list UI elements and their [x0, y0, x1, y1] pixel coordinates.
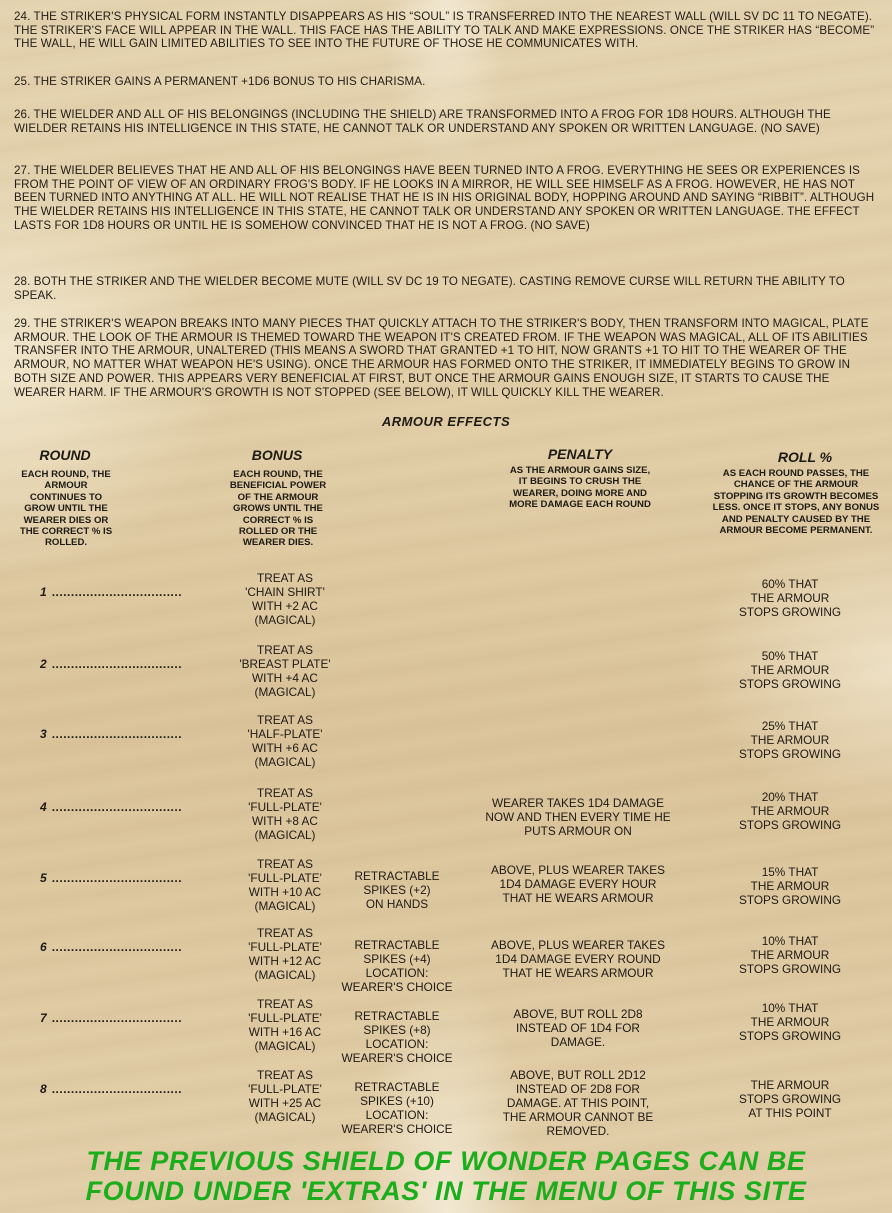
leader-dots: ..................................	[52, 1011, 182, 1025]
bonus-cell: Treat as 'Full-Plate' with +8 AC (magica…	[230, 786, 340, 842]
parchment-page: 24. The Striker's physical form instantl…	[0, 0, 892, 1213]
footer-note: The previous Shield of Wonder pages can …	[0, 1146, 892, 1206]
round-label: 2..................................	[40, 657, 238, 671]
leader-dots: ..................................	[52, 727, 182, 741]
column-head-penalty: Penalty	[510, 446, 650, 462]
column-desc-round: Each round, the armour continues to grow…	[16, 469, 116, 549]
round-number: 7	[40, 1011, 47, 1025]
round-label: 4..................................	[40, 800, 238, 814]
effect-25: 25. The Striker gains a permanent +1d6 b…	[14, 75, 880, 89]
bonus-cell: Treat as 'Full-Plate' with +16 AC (magic…	[230, 997, 340, 1053]
spikes-cell: Retractable spikes (+8) location: wearer…	[336, 1009, 458, 1065]
leader-dots: ..................................	[52, 585, 182, 599]
leader-dots: ..................................	[52, 871, 182, 885]
roll-cell: The armour stops growing at this point	[730, 1078, 850, 1120]
penalty-cell: Above, plus wearer takes 1d4 damage ever…	[478, 938, 678, 980]
column-desc-penalty: As the armour gains size, it begins to c…	[505, 465, 655, 511]
effect-28: 28. Both the Striker and the wielder bec…	[14, 275, 880, 303]
effect-24: 24. The Striker's physical form instantl…	[14, 10, 880, 52]
round-number: 6	[40, 940, 47, 954]
penalty-cell: Wearer takes 1d4 damage now and then eve…	[478, 796, 678, 838]
round-label: 5..................................	[40, 871, 238, 885]
penalty-cell: Above, plus wearer takes 1d4 damage ever…	[478, 863, 678, 905]
roll-cell: 20% that the armour stops growing	[730, 790, 850, 832]
bonus-cell: Treat as 'Breast Plate' with +4 AC (magi…	[230, 643, 340, 699]
roll-cell: 50% that the armour stops growing	[730, 649, 850, 691]
round-label: 6..................................	[40, 940, 238, 954]
roll-cell: 10% that the armour stops growing	[730, 1001, 850, 1043]
bonus-cell: Treat as 'Full-Plate' with +10 AC (magic…	[230, 857, 340, 913]
roll-cell: 60% that the armour stops growing	[730, 577, 850, 619]
effect-29: 29. The Striker's weapon breaks into man…	[14, 317, 880, 400]
round-number: 8	[40, 1082, 47, 1096]
penalty-cell: Above, but roll 2d8 instead of 1d4 for d…	[478, 1007, 678, 1049]
spikes-cell: Retractable spikes (+2) on hands	[336, 869, 458, 911]
footer-line-1: The previous Shield of Wonder pages can …	[0, 1146, 892, 1176]
round-number: 2	[40, 657, 47, 671]
spikes-cell: Retractable spikes (+10) location: weare…	[336, 1080, 458, 1136]
round-number: 1	[40, 585, 47, 599]
leader-dots: ..................................	[52, 940, 182, 954]
penalty-cell: Above, but roll 2d12 instead of 2d8 for …	[478, 1068, 678, 1138]
bonus-cell: Treat as 'Full-Plate' with +12 AC (magic…	[230, 926, 340, 982]
leader-dots: ..................................	[52, 800, 182, 814]
column-head-round: Round	[20, 447, 110, 463]
bonus-cell: Treat as 'Full-Plate' with +25 AC (magic…	[230, 1068, 340, 1124]
armour-effects-title: Armour Effects	[0, 414, 892, 429]
round-number: 3	[40, 727, 47, 741]
roll-cell: 10% that the armour stops growing	[730, 934, 850, 976]
round-label: 8..................................	[40, 1082, 238, 1096]
effect-26: 26. The wielder and all of his belonging…	[14, 108, 880, 136]
roll-cell: 25% that the armour stops growing	[730, 719, 850, 761]
bonus-cell: Treat as 'Half-Plate' with +6 AC (magica…	[230, 713, 340, 769]
bonus-cell: Treat as 'Chain Shirt' with +2 AC (magic…	[230, 571, 340, 627]
effect-27: 27. The wielder believes that he and all…	[14, 164, 880, 234]
leader-dots: ..................................	[52, 1082, 182, 1096]
leader-dots: ..................................	[52, 657, 182, 671]
round-number: 4	[40, 800, 47, 814]
spikes-cell: Retractable spikes (+4) location: wearer…	[336, 938, 458, 994]
column-desc-roll: As each round passes, the chance of the …	[712, 468, 880, 536]
round-label: 1..................................	[40, 585, 238, 599]
roll-cell: 15% that the armour stops growing	[730, 865, 850, 907]
column-head-bonus: Bonus	[222, 447, 332, 463]
round-label: 7..................................	[40, 1011, 238, 1025]
column-head-roll: Roll %	[740, 449, 870, 465]
round-label: 3..................................	[40, 727, 238, 741]
round-number: 5	[40, 871, 47, 885]
column-desc-bonus: Each round, the beneficial power of the …	[222, 469, 334, 549]
footer-line-2: found under 'Extras' in the menu of this…	[0, 1176, 892, 1206]
